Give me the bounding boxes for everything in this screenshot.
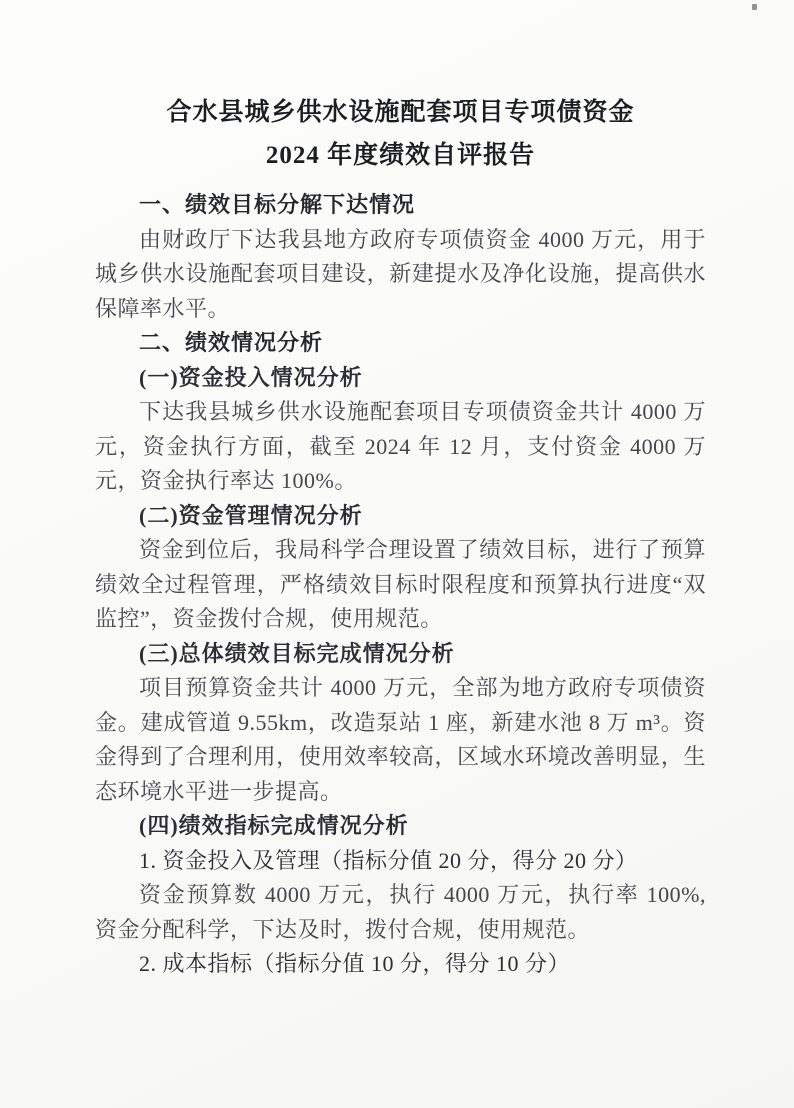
subsection-fund-input-paragraph: 下达我县城乡供水设施配套项目专项债资金共计 4000 万元，资金执行方面，截至 … <box>95 395 706 499</box>
report-body: 合水县城乡供水设施配套项目专项债资金 2024 年度绩效自评报告 一、绩效目标分… <box>95 96 706 982</box>
section-2-heading: 二、绩效情况分析 <box>95 326 706 361</box>
indicator-item-1-label: 1. 资金投入及管理（指标分值 20 分，得分 20 分） <box>95 844 706 879</box>
subsection-fund-input-heading: (一)资金投入情况分析 <box>95 361 706 396</box>
subsection-performance-indicators-heading: (四)绩效指标完成情况分析 <box>95 809 706 844</box>
subsection-overall-performance-heading: (三)总体绩效目标完成情况分析 <box>95 637 706 672</box>
report-title-line-1: 合水县城乡供水设施配套项目专项债资金 <box>95 96 706 130</box>
subsection-fund-management-paragraph: 资金到位后，我局科学合理设置了绩效目标，进行了预算绩效全过程管理，严格绩效目标时… <box>95 533 706 637</box>
indicator-item-1-paragraph: 资金预算数 4000 万元，执行 4000 万元，执行率 100%, 资金分配科… <box>95 878 706 947</box>
section-1-paragraph: 由财政厅下达我县地方政府专项债资金 4000 万元，用于城乡供水设施配套项目建设… <box>95 223 706 327</box>
subsection-overall-performance-paragraph: 项目预算资金共计 4000 万元，全部为地方政府专项债资金。建成管道 9.55k… <box>95 671 706 809</box>
document-page: 合水县城乡供水设施配套项目专项债资金 2024 年度绩效自评报告 一、绩效目标分… <box>0 0 794 1108</box>
indicator-item-2-label: 2. 成本指标（指标分值 10 分，得分 10 分） <box>95 947 706 982</box>
subsection-fund-management-heading: (二)资金管理情况分析 <box>95 499 706 534</box>
scan-artifact-speck <box>752 4 757 10</box>
section-1-heading: 一、绩效目标分解下达情况 <box>95 188 706 223</box>
report-title-line-2: 2024 年度绩效自评报告 <box>95 139 706 173</box>
